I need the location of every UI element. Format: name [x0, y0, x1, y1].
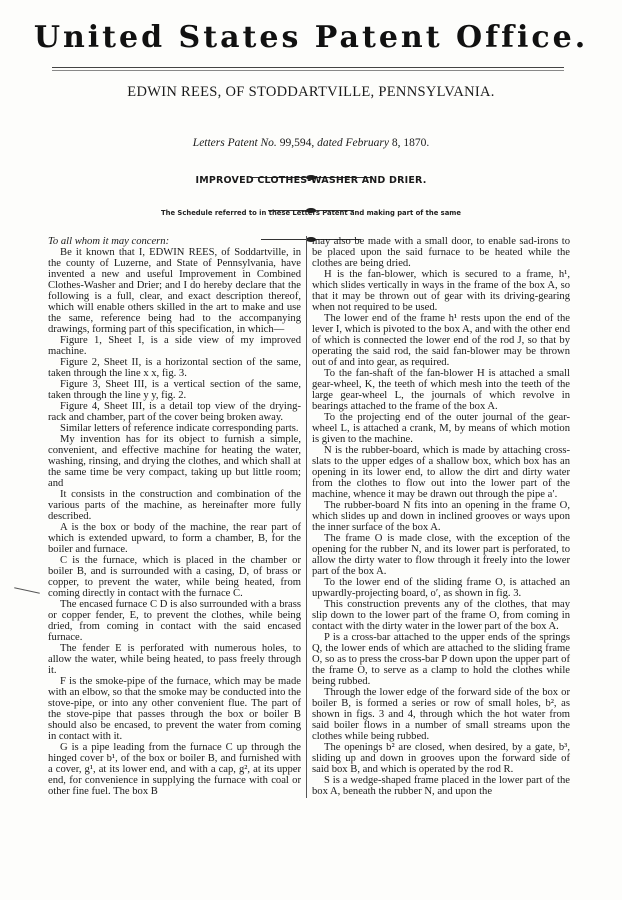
paragraph: G is a pipe leading from the furnace C u…	[48, 742, 301, 797]
scan-mark	[14, 587, 40, 593]
letters-patent-line: Letters Patent No. 99,594, dated Februar…	[0, 137, 622, 149]
office-title: United States Patent Office.	[0, 20, 622, 55]
paragraph: It consists in the construction and comb…	[48, 489, 301, 522]
paragraph: N is the rubber-board, which is made by …	[312, 445, 570, 500]
paragraph: Figure 1, Sheet I, is a side view of my …	[48, 335, 301, 357]
invention-title: IMPROVED CLOTHES-WASHER AND DRIER.	[0, 175, 622, 186]
paragraph: Figure 2, Sheet II, is a horizontal sect…	[48, 357, 301, 379]
dated-label: dated	[317, 137, 343, 149]
paragraph: The rubber-board N fits into an opening …	[312, 500, 570, 533]
paragraph: may also be made with a small door, to e…	[312, 236, 570, 269]
patent-number: 99,594,	[280, 137, 315, 149]
right-column: may also be made with a small door, to e…	[312, 236, 570, 797]
paragraph: The encased furnace C D is also surround…	[48, 599, 301, 643]
letters-patent-prefix: Letters Patent No.	[193, 137, 277, 149]
salutation: To all whom it may concern:	[48, 236, 301, 247]
paragraph: Be it known that I, EDWIN REES, of Sodda…	[48, 247, 301, 335]
paragraph: Figure 3, Sheet III, is a vertical secti…	[48, 379, 301, 401]
paragraph: P is a cross-bar attached to the upper e…	[312, 632, 570, 687]
paragraph: F is the smoke-pipe of the furnace, whic…	[48, 676, 301, 742]
inventor-line: EDWIN REES, OF STODDARTVILLE, PENNSYLVAN…	[0, 84, 622, 101]
paragraph: To the fan-shaft of the fan-blower H is …	[312, 368, 570, 412]
paragraph: My invention has for its object to furni…	[48, 434, 301, 489]
paragraph: Through the lower edge of the forward si…	[312, 687, 570, 742]
date-rest: 8, 1870.	[392, 137, 429, 149]
column-divider	[306, 236, 307, 798]
header-rule	[52, 67, 564, 68]
date-month: February	[346, 137, 389, 149]
paragraph: The frame O is made close, with the exce…	[312, 533, 570, 577]
schedule-note: The Schedule referred to in these Letter…	[0, 209, 622, 217]
paragraph: The openings b² are closed, when desired…	[312, 742, 570, 775]
paragraph: H is the fan-blower, which is secured to…	[312, 269, 570, 313]
left-column: To all whom it may concern: Be it known …	[48, 236, 301, 797]
paragraph: To the lower end of the sliding frame O,…	[312, 577, 570, 599]
paragraph: S is a wedge-shaped frame placed in the …	[312, 775, 570, 797]
paragraph: This construction prevents any of the cl…	[312, 599, 570, 632]
paragraph: To the projecting end of the outer journ…	[312, 412, 570, 445]
paragraph: Similar letters of reference indicate co…	[48, 423, 301, 434]
paragraph: C is the furnace, which is placed in the…	[48, 555, 301, 599]
paragraph: A is the box or body of the machine, the…	[48, 522, 301, 555]
paragraph: Figure 4, Sheet III, is a detail top vie…	[48, 401, 301, 423]
paragraph: The fender E is perforated with numerous…	[48, 643, 301, 676]
paragraph: The lower end of the frame h¹ rests upon…	[312, 313, 570, 368]
header-rule-secondary	[52, 70, 564, 71]
